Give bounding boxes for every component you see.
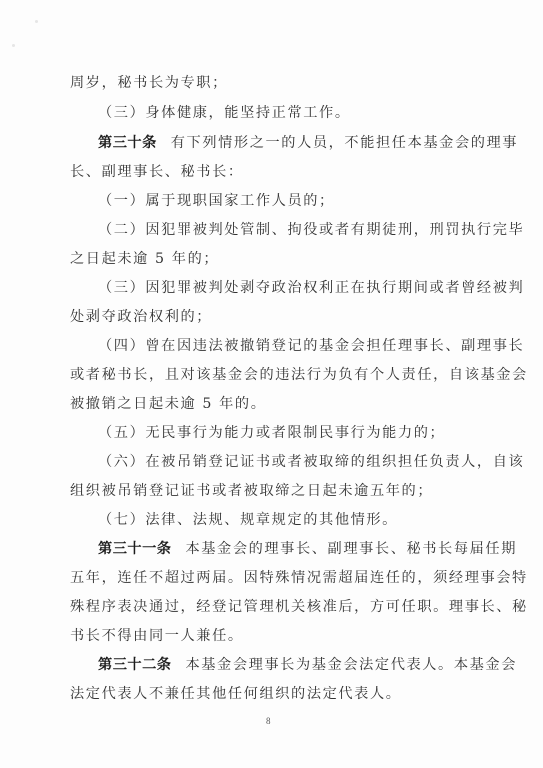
text-line: （三）身体健康，能坚持正常工作。 [98, 103, 475, 123]
text-line: （六）在被吊销登记证书或者被取缔的组织担任负责人，自该 [98, 452, 475, 472]
text-line: 殊程序表决通过，经登记管理机关核准后，方可任职。理事长、秘 [70, 597, 475, 617]
article-32-heading: 第三十二条本基金会理事长为基金会法定代表人。本基金会 [98, 655, 475, 675]
text-line: 书长不得由同一人兼任。 [70, 626, 475, 646]
article-number: 第三十一条 [98, 541, 171, 557]
text-line: （五）无民事行为能力或者限制民事行为能力的； [98, 423, 475, 443]
text-line: （二）因犯罪被判处管制、拘役或者有期徒刑，刑罚执行完毕 [98, 220, 475, 240]
text-line: （三）因犯罪被判处剥夺政治权利正在执行期间或者曾经被判 [98, 278, 475, 298]
text-line: 被撤销之日起未逾 5 年的。 [70, 394, 475, 414]
text-line: （一）属于现职国家工作人员的； [98, 191, 475, 211]
text-line: 组织被吊销登记证书或者被取缔之日起未逾五年的； [70, 481, 475, 501]
article-number: 第三十二条 [98, 657, 171, 673]
text-line: 处剥夺政治权利的； [70, 307, 475, 327]
text-line: （七）法律、法规、规章规定的其他情形。 [98, 510, 475, 530]
text-line: 长、副理事长、秘书长： [70, 162, 475, 182]
document-page: 周岁，秘书长为专职； （三）身体健康，能坚持正常工作。 第三十条有下列情形之一的… [0, 0, 543, 768]
text-line: 周岁，秘书长为专职； [70, 73, 475, 93]
page-number: 8 [266, 716, 271, 726]
text-line: （四）曾在因违法被撤销登记的基金会担任理事长、副理事长 [98, 336, 475, 356]
article-30-heading: 第三十条有下列情形之一的人员，不能担任本基金会的理事 [98, 133, 475, 153]
text-line: 五年，连任不超过两届。因特殊情况需超届连任的，须经理事会特 [70, 568, 475, 588]
scan-speck [35, 20, 38, 23]
scan-speck [12, 44, 15, 47]
article-number: 第三十条 [98, 135, 157, 151]
text-line: 之日起未逾 5 年的； [70, 249, 475, 269]
article-31-heading: 第三十一条本基金会的理事长、副理事长、秘书长每届任期 [98, 539, 475, 559]
text-line: 或者秘书长，且对该基金会的违法行为负有个人责任，自该基金会 [70, 365, 475, 385]
text-line: 法定代表人不兼任其他任何组织的法定代表人。 [70, 684, 475, 704]
